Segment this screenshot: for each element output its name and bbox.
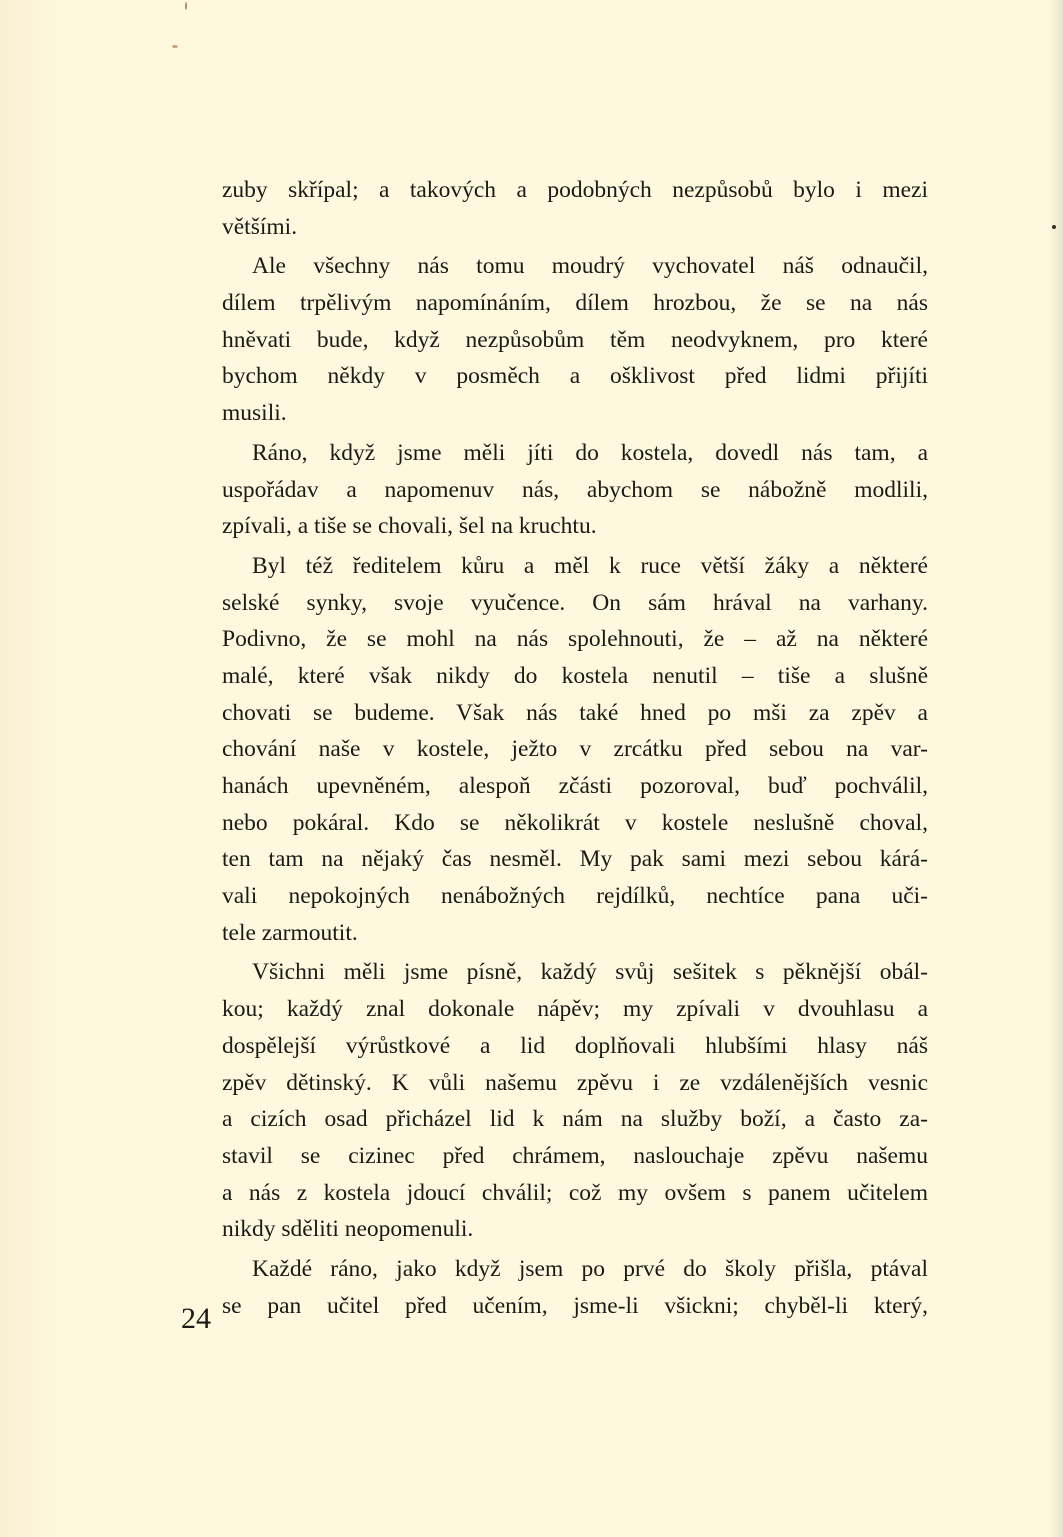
text-line: většími. (222, 209, 928, 246)
text-line: nebo pokáral. Kdo se několikrát v kostel… (222, 805, 928, 842)
text-line: Ale všechny nás tomu moudrý vychovatel n… (222, 248, 928, 285)
paper-speck (185, 2, 187, 10)
text-line: hanách upevněném, alespoň zčásti pozorov… (222, 768, 928, 805)
text-line: chovati se budeme. Však nás také hned po… (222, 695, 928, 732)
text-line: dospělejší výrůstkové a lid doplňovali h… (222, 1028, 928, 1065)
text-line: a nás z kostela jdoucí chválil; což my o… (222, 1175, 928, 1212)
text-line: Všichni měli jsme písně, každý svůj seši… (222, 954, 928, 991)
text-line: vali nepokojných nenábožných rejdílků, n… (222, 878, 928, 915)
text-line: Každé ráno, jako když jsem po prvé do šk… (222, 1251, 928, 1288)
paragraph-4: Byl též ředitelem kůru a měl k ruce větš… (222, 548, 928, 952)
text-line: zuby skřípal; a takových a podobných nez… (222, 172, 928, 209)
text-line: tele zarmoutit. (222, 915, 928, 952)
body-text: zuby skřípal; a takových a podobných nez… (222, 172, 928, 1324)
text-line: malé, které však nikdy do kostela nenuti… (222, 658, 928, 695)
text-line: dílem trpělivým napomínáním, dílem hrozb… (222, 285, 928, 322)
text-line: Ráno, když jsme měli jíti do kostela, do… (222, 435, 928, 472)
paper-speck (172, 45, 178, 48)
text-line: zpěv dětinský. K vůli našemu zpěvu i ze … (222, 1065, 928, 1102)
text-line: bychom někdy v posměch a ošklivost před … (222, 358, 928, 395)
text-line: Byl též ředitelem kůru a měl k ruce větš… (222, 548, 928, 585)
text-line: nikdy sděliti neopomenuli. (222, 1211, 928, 1248)
text-line: ten tam na nějaký čas nesměl. My pak sam… (222, 841, 928, 878)
text-line: a cizích osad přicházel lid k nám na slu… (222, 1101, 928, 1138)
text-line: chování naše v kostele, ježto v zrcátku … (222, 731, 928, 768)
text-line: se pan učitel před učením, jsme-li všick… (222, 1288, 928, 1325)
text-line: kou; každý znal dokonale nápěv; my zpíva… (222, 991, 928, 1028)
paragraph-3: Ráno, když jsme měli jíti do kostela, do… (222, 435, 928, 545)
text-line: selské synky, svoje vyučence. On sám hrá… (222, 585, 928, 622)
text-line: Podivno, že se mohl na nás spolehnouti, … (222, 621, 928, 658)
page-number: 24 (181, 1302, 211, 1336)
text-line: hněvati bude, když nezpůsobům těm neodvy… (222, 322, 928, 359)
text-line: stavil se cizinec před chrámem, naslouch… (222, 1138, 928, 1175)
text-line: musili. (222, 395, 928, 432)
text-line: uspořádav a napomenuv nás, abychom se ná… (222, 472, 928, 509)
book-page: zuby skřípal; a takových a podobných nez… (0, 0, 1063, 1537)
paragraph-5: Všichni měli jsme písně, každý svůj seši… (222, 954, 928, 1248)
paragraph-1: zuby skřípal; a takových a podobných nez… (222, 172, 928, 245)
paragraph-2: Ale všechny nás tomu moudrý vychovatel n… (222, 248, 928, 431)
paragraph-6: Každé ráno, jako když jsem po prvé do šk… (222, 1251, 928, 1324)
paper-speck (1052, 225, 1056, 229)
text-line: zpívali, a tiše se chovali, šel na kruch… (222, 508, 928, 545)
